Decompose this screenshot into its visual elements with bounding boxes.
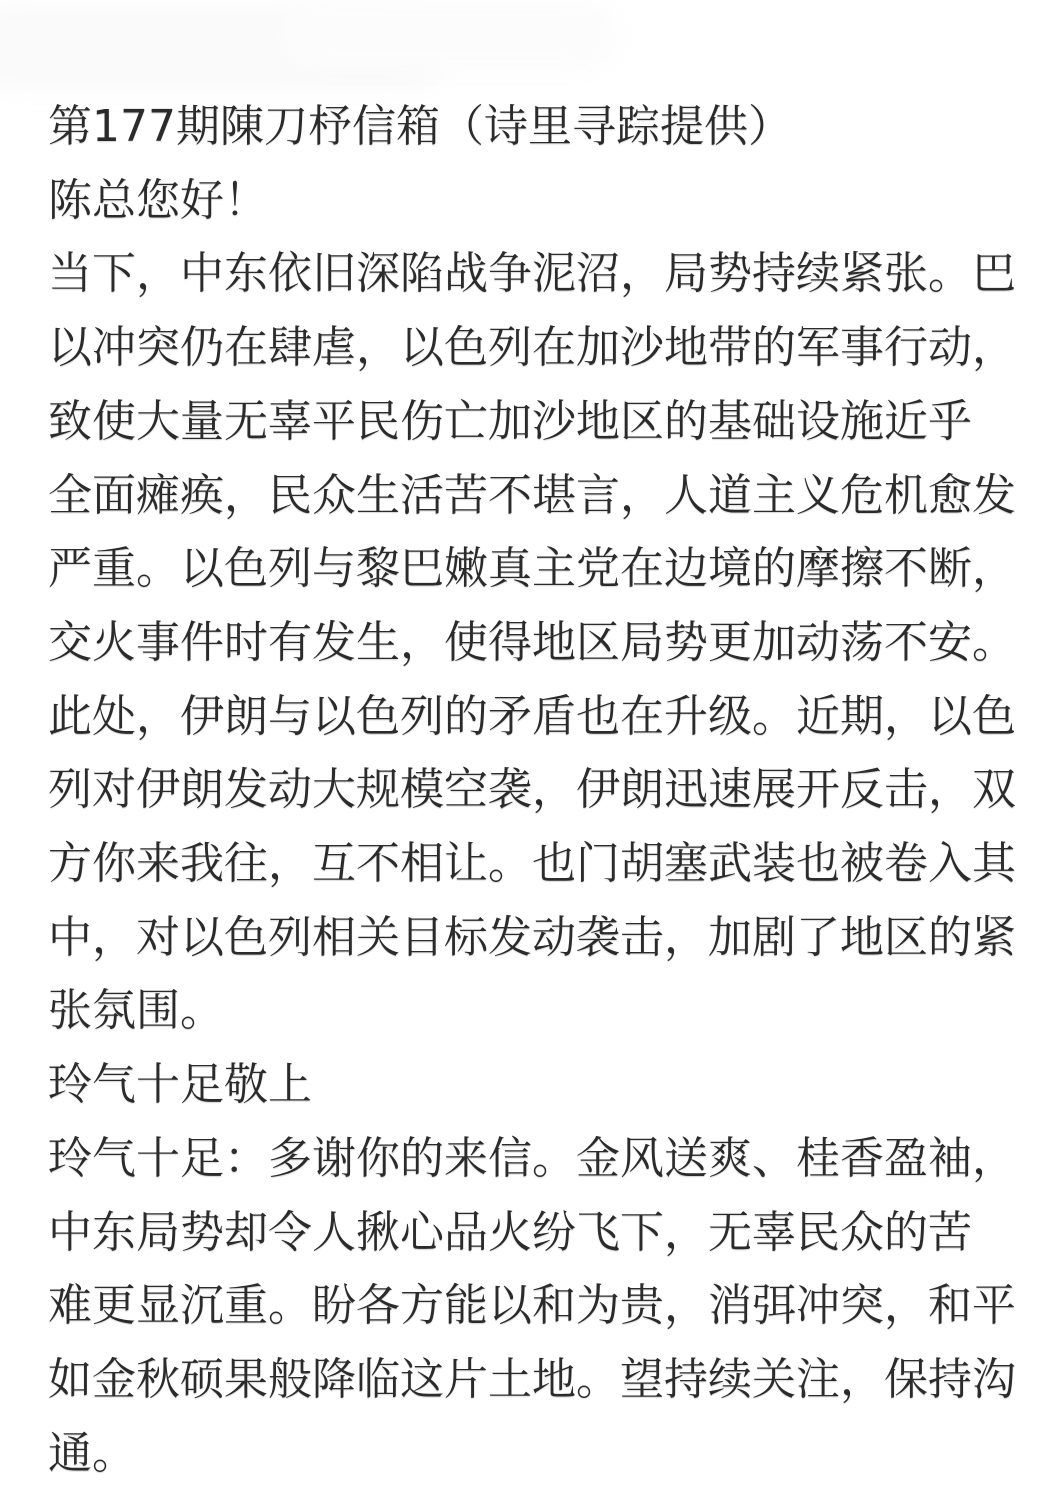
letter-body: 第177期陳刀杼信箱（诗里寻踪提供） 陈总您好！ 当下，中东依旧深陷战争泥沼，局… (48, 90, 1033, 1490)
letter-reply-line: 难更显沉重。盼各方能以和为贵，消弭冲突，和平 (48, 1269, 1033, 1343)
letter-body-line: 严重。以色列与黎巴嫩真主党在边境的摩擦不断， (48, 532, 1033, 606)
blurred-watermark-region (0, 5, 450, 90)
letter-body-line: 致使大量无辜平民伤亡加沙地区的基础设施近乎 (48, 385, 1033, 459)
letter-greeting: 陈总您好！ (48, 164, 1033, 238)
letter-reply-line: 通。 (48, 1417, 1033, 1491)
letter-body-paragraph: 当下，中东依旧深陷战争泥沼，局势持续紧张。巴以冲突仍在肆虐，以色列在加沙地带的军… (48, 237, 1033, 1048)
letter-reply-line: 如金秋硕果般降临这片土地。望持续关注，保持沟 (48, 1343, 1033, 1417)
letter-body-line: 中，对以色列相关目标发动袭击，加剧了地区的紧 (48, 901, 1033, 975)
letter-title: 第177期陳刀杼信箱（诗里寻踪提供） (48, 90, 1033, 164)
letter-reply-line: 玲气十足：多谢你的来信。金风送爽、桂香盈袖， (48, 1122, 1033, 1196)
letter-reply-paragraph: 玲气十足：多谢你的来信。金风送爽、桂香盈袖，中东局势却令人揪心品火纷飞下，无辜民… (48, 1122, 1033, 1491)
letter-reply-line: 中东局势却令人揪心品火纷飞下，无辜民众的苦 (48, 1196, 1033, 1270)
letter-body-line: 方你来我往，互不相让。也门胡塞武装也被卷入其 (48, 827, 1033, 901)
letter-body-line: 列对伊朗发动大规模空袭，伊朗迅速展开反击，双 (48, 753, 1033, 827)
letter-body-line: 此处，伊朗与以色列的矛盾也在升级。近期，以色 (48, 680, 1033, 754)
letter-body-line: 当下，中东依旧深陷战争泥沼，局势持续紧张。巴 (48, 237, 1033, 311)
letter-body-line: 全面瘫痪，民众生活苦不堪言，人道主义危机愈发 (48, 459, 1033, 533)
letter-body-line: 交火事件时有发生，使得地区局势更加动荡不安。 (48, 606, 1033, 680)
letter-signature: 玲气十足敬上 (48, 1048, 1033, 1122)
blurred-watermark-region-2 (280, 0, 620, 70)
letter-body-line: 以冲突仍在肆虐，以色列在加沙地带的军事行动， (48, 311, 1033, 385)
letter-body-line: 张氛围。 (48, 974, 1033, 1048)
